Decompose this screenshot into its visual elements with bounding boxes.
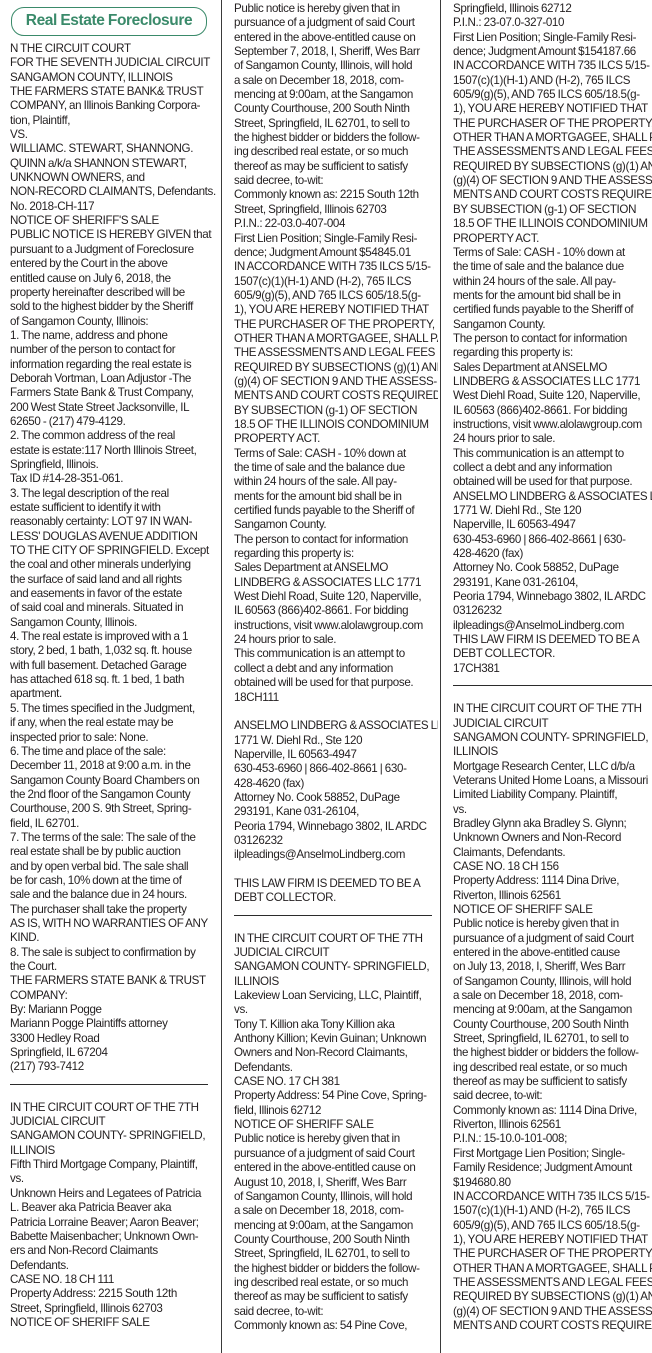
notice-line: dence; Judgment Amount $54845.01 [234,246,432,260]
notice-line: The person to contact for information [453,332,650,346]
notice-line: a sale on December 18, 2018, com- [453,989,650,1003]
notice-line: IN ACCORDANCE WITH 735 ILCS 5/15- [453,1190,650,1204]
notice-line: the highest bidder or bidders the follow… [234,1262,432,1276]
column-3-notices: Springfield, Illinois 62712P.I.N.: 23-07… [453,2,650,1333]
notice-line: Veterans United Home Loans, a Missouri [453,774,650,788]
notice-line: mencing at 9:00am, at the Sangamon [234,88,432,102]
notice-line: NOTICE OF SHERIFF SALE [453,903,650,917]
notice-line: apartment. [10,687,211,701]
notice-line: Limited Liability Company. Plaintiff, [453,788,650,802]
notice-line: Owners and Non-Record Claimants, [234,1046,432,1060]
notice-line: vs. [453,803,650,817]
notice-line: QUINN a/k/a SHANNON STEWART, [10,157,211,171]
notice-line: THE PURCHASER OF THE PROPERTY, [453,117,650,131]
notice-line: Lakeview Loan Servicing, LLC, Plaintiff, [234,989,432,1003]
notice-line: 18.5 OF THE ILLINOIS CONDOMINIUM [453,217,650,231]
notice-line: THE ASSESSMENTS AND LEGAL FEES [453,145,650,159]
notice-line: SANGAMON COUNTY- SPRINGFIELD, [453,731,650,745]
column-2: Public notice is hereby given that inpur… [221,0,438,1353]
notice-line: NOTICE OF SHERIFF SALE [10,1316,211,1330]
notice-line: Sangamon County. [234,518,432,532]
notice-line: DEBT COLLECTOR. [234,891,432,905]
notice-line: 18CH111 [234,691,432,705]
notice-line: P.I.N.: 22-03.0-407-004 [234,217,432,231]
notice-line: This communication is an attempt to [453,447,650,461]
notice-line: ing described real estate, or so much [234,145,432,159]
notice-divider [234,915,432,916]
notice-line: (g)(4) OF SECTION 9 AND THE ASSESS- [234,375,432,389]
notice-line: 03126232 [453,604,650,618]
notice-line: Commonly known as: 54 Pine Cove, [234,1319,432,1333]
notice-line: THE ASSESSMENTS AND LEGAL FEES [234,346,432,360]
notice-line: 200 West State Street Jacksonville, IL [10,401,211,415]
notice-line: obtained will be used for that purpose. [453,475,650,489]
notice-line: CASE NO. 17 CH 381 [234,1075,432,1089]
notice-line: By: Mariann Pogge [10,1003,211,1017]
notice-line: Peoria 1794, Winnebago 3802, IL ARDC [234,820,432,834]
notice-line: 3. The legal description of the real [10,487,211,501]
notice-line: IN ACCORDANCE WITH 735 ILCS 5/15- [234,260,432,274]
notice-line: Springfield, Illinois 62712 [453,2,650,16]
notice-line: ilpleadings@AnselmoLindberg.com [453,619,650,633]
column-1: Real Estate Foreclosure N THE CIRCUIT CO… [0,0,219,1353]
notice-line: 24 hours prior to sale. [453,432,650,446]
notice-line: thereof as may be sufficient to satisfy [234,1290,432,1304]
notice-line: pursuant to a Judgment of Foreclosure [10,243,211,257]
notice-line: REQUIRED BY SUBSECTIONS (g)(1) AND [453,160,650,174]
notice-line: Bradley Glynn aka Bradley S. Glynn; [453,817,650,831]
notice-line: Mortgage Research Center, LLC d/b/a [453,760,650,774]
notice-line: obtained will be used for that purpose. [234,676,432,690]
notice-line: DEBT COLLECTOR. [453,647,650,661]
notice-line: within 24 hours of the sale. All pay- [234,475,432,489]
notice-line: 6. The time and place of the sale: [10,745,211,759]
legal-notices-page: Real Estate Foreclosure N THE CIRCUIT CO… [0,0,652,1353]
notice-line: Tony T. Killion aka Tony Killion aka [234,1018,432,1032]
notice-line: mencing at 9:00am, at the Sangamon [453,1003,650,1017]
notice-line: OTHER THAN A MORTGAGEE, SHALL PAY [234,332,432,346]
notice-line: ments for the amount bid shall be in [234,490,432,504]
notice-line: 7. The terms of the sale: The sale of th… [10,831,211,845]
notice-line: Naperville, IL 60563-4947 [453,518,650,532]
notice-line: entered in the above-entitled cause [453,946,650,960]
notice-line: Unknown Owners and Non-Record [453,831,650,845]
notice-line: the Court. [10,960,211,974]
notice-line: UNKNOWN OWNERS, and [10,171,211,185]
column-3: Springfield, Illinois 62712P.I.N.: 23-07… [440,0,652,1353]
notice-line: number of the person to contact for [10,343,211,357]
notice-line: Sangamon County. [453,318,650,332]
notice-line: said decree, to-wit: [453,1089,650,1103]
notice-divider [453,685,652,686]
notice-line: within 24 hours of the sale. All pay- [453,275,650,289]
notice-line: Property Address: 1114 Dina Drive, [453,874,650,888]
notice-line: certified funds payable to the Sheriff o… [453,303,650,317]
notice-line: N THE CIRCUIT COURT [10,42,211,56]
notice-line: certified funds payable to the Sheriff o… [234,504,432,518]
notice-line: IL 60563 (866)402-8661. For bidding [453,404,650,418]
notice-line: Attorney No. Cook 58852, DuPage [453,561,650,575]
notice-line: field, IL 62701. [10,817,211,831]
notice-line: said decree, to-wit: [234,174,432,188]
notice-line: be for cash, 10% down at the time of [10,874,211,888]
notice-line: 428-4620 (fax) [234,777,432,791]
notice-line: 605/9(g)(5), AND 765 ILCS 605/18.5(g- [453,88,650,102]
notice-line: MENTS AND COURT COSTS REQUIRED [234,389,432,403]
notice-line: Public notice is hereby given that in [234,2,432,16]
notice-line: THIS LAW FIRM IS DEEMED TO BE A [234,877,432,891]
notice-line: ing described real estate, or so much [234,1276,432,1290]
notice-line: No. 2018-CH-117 [10,200,211,214]
notice-line: entered in the above-entitled cause on [234,1161,432,1175]
notice-line: and easements in favor of the estate [10,587,211,601]
notice-line: IN THE CIRCUIT COURT OF THE 7TH [10,1101,211,1115]
notice-line: has attached 618 sq. ft. 1 bed, 1 bath [10,673,211,687]
notice-line: entered by the Court in the above [10,257,211,271]
notice-line: 1507(c)(1)(H-1) AND (H-2), 765 ILCS [453,1204,650,1218]
notice-line: pursuance of a judgment of said Court [453,932,650,946]
notice-line: September 7, 2018, I, Sheriff, Wes Barr [234,45,432,59]
notice-line: Riverton, Illinois 62561 [453,1118,650,1132]
notice-line: Courthouse, 200 S. 9th Street, Spring- [10,802,211,816]
notice-line: Commonly known as: 2215 South 12th [234,188,432,202]
notice-line: pursuance of a judgment of said Court [234,1147,432,1161]
notice-line: sold to the highest bidder by the Sherif… [10,300,211,314]
notice-line: if any, when the real estate may be [10,716,211,730]
notice-line: (217) 793-7412 [10,1060,211,1074]
notice-line: IL 60563 (866)402-8661. For bidding [234,604,432,618]
notice-line: First Lien Position; Single-Family Resi- [453,31,650,45]
notice-line: Terms of Sale: CASH - 10% down at [234,447,432,461]
notice-line: 4. The real estate is improved with a 1 [10,630,211,644]
notice-line: THE PURCHASER OF THE PROPERTY, [453,1247,650,1261]
notice-line: regarding this property is: [453,346,650,360]
notice-line: (g)(4) OF SECTION 9 AND THE ASSESS- [453,174,650,188]
notice-line: 1), YOU ARE HEREBY NOTIFIED THAT [234,303,432,317]
notice-line: entered in the above-entitled cause on [234,31,432,45]
notice-line: COMPANY: [10,989,211,1003]
notice-line: FOR THE SEVENTH JUDICIAL CIRCUIT [10,56,211,70]
notice-line: entitled cause on July 6, 2018, the [10,272,211,286]
notice-line: Deborah Vortman, Loan Adjustor -The [10,372,211,386]
notice-line: Attorney No. Cook 58852, DuPage [234,791,432,805]
notice-line: BY SUBSECTION (g-1) OF SECTION [234,404,432,418]
notice-line: NON-RECORD CLAIMANTS, Defendants. [10,185,211,199]
notice-line: Babette Maisenbacher; Unknown Own- [10,1230,211,1244]
notice-line: First Mortgage Lien Position; Single- [453,1147,650,1161]
notice-line: REQUIRED BY SUBSECTIONS (g)(1) AND [453,1290,650,1304]
notice-line: Property Address: 54 Pine Cove, Spring- [234,1089,432,1103]
notice-line: Farmers State Bank & Trust Company, [10,386,211,400]
notice-line: a sale on December 18, 2018, com- [234,74,432,88]
section-title-badge: Real Estate Foreclosure [11,7,207,36]
notice-line: MENTS AND COURT COSTS REQUIRED [453,1319,650,1333]
notice-line: of said coal and minerals. Situated in [10,601,211,615]
notice-line: thereof as may be sufficient to satisfy [234,160,432,174]
notice-line: Commonly known as: 1114 Dina Drive, [453,1104,650,1118]
notice-line: THIS LAW FIRM IS DEEMED TO BE A [453,633,650,647]
notice-line: ANSELMO LINDBERG & ASSOCIATES LLC [453,490,650,504]
notice-line: Public notice is hereby given that in [234,1132,432,1146]
notice-line: collect a debt and any information [234,662,432,676]
notice-line: vs. [10,1172,211,1186]
notice-line: of Sangamon County, Illinois, will hold [453,975,650,989]
notice-line: 1. The name, address and phone [10,329,211,343]
notice-line: 18.5 OF THE ILLINOIS CONDOMINIUM [234,418,432,432]
notice-line: ILLINOIS [453,745,650,759]
notice-line: Street, Springfield, IL 62701, to sell t… [234,1247,432,1261]
notice-line: mencing at 9:00am, at the Sangamon [234,1219,432,1233]
notice-line: Defendants. [234,1061,432,1075]
notice-line: P.I.N.: 23-07.0-327-010 [453,16,650,30]
notice-line: THE ASSESSMENTS AND LEGAL FEES [453,1276,650,1290]
notice-line: THE FARMERS STATE BANK & TRUST [10,974,211,988]
notice-line: with full basement. Detached Garage [10,659,211,673]
notice-line: thereof as may be sufficient to satisfy [453,1075,650,1089]
notice-line: PUBLIC NOTICE IS HEREBY GIVEN that [10,228,211,242]
notice-line: Springfield, IL 67204 [10,1046,211,1060]
notice-line: 8. The sale is subject to confirmation b… [10,946,211,960]
notice-line: Claimants, Defendants. [453,846,650,860]
notice-line: dence; Judgment Amount $154187.66 [453,45,650,59]
notice-line: PROPERTY ACT. [453,232,650,246]
notice-line: SANGAMON COUNTY- SPRINGFIELD, [10,1129,211,1143]
notice-line: This communication is an attempt to [234,647,432,661]
notice-line: SANGAMON COUNTY, ILLINOIS [10,71,211,85]
notice-line: County Courthouse, 200 South Ninth [453,1018,650,1032]
notice-line: The person to contact for information [234,533,432,547]
notice-line: Street, Springfield, IL 62701, to sell t… [453,1032,650,1046]
notice-line: 17CH381 [453,662,650,676]
notice-line: sale and the balance due in 24 hours. [10,888,211,902]
notice-line: 630-453-6960 | 866-402-8661 | 630- [234,762,432,776]
notice-line: the highest bidder or bidders the follow… [453,1046,650,1060]
notice-line: estate sufficient to identify it with [10,501,211,515]
notice-line: pursuance of a judgment of said Court [234,16,432,30]
notice-line: 1771 W. Diehl Rd., Ste 120 [453,504,650,518]
notice-line: of Sangamon County, Illinois: [10,315,211,329]
notice-line: First Lien Position; Single-Family Resi- [234,232,432,246]
notice-line: 62650 - (217) 479-4129. [10,415,211,429]
notice-line: ILLINOIS [10,1144,211,1158]
notice-line: REQUIRED BY SUBSECTIONS (g)(1) AND [234,361,432,375]
notice-line: Anthony Killion; Kevin Guinan; Unknown [234,1032,432,1046]
notice-line: estate is estate:117 North Illinois Stre… [10,444,211,458]
notice-line: THE FARMERS STATE BANK& TRUST [10,85,211,99]
notice-line: 293191, Kane 031-26104, [234,805,432,819]
notice-line: IN ACCORDANCE WITH 735 ILCS 5/15- [453,59,650,73]
notice-line: 428-4620 (fax) [453,547,650,561]
notice-line: story, 2 bed, 1 bath, 1,032 sq. ft. hous… [10,644,211,658]
notice-line: Family Residence; Judgment Amount [453,1161,650,1175]
notice-line: OTHER THAN A MORTGAGEE, SHALL PAY [453,131,650,145]
notice-line: Peoria 1794, Winnebago 3802, IL ARDC [453,590,650,604]
notice-line: Sangamon County Board Chambers on [10,774,211,788]
notice-line: information regarding the real estate is [10,358,211,372]
column-2-notices: Public notice is hereby given that inpur… [234,2,432,1333]
notice-line: the time of sale and the balance due [453,260,650,274]
column-1-notices: N THE CIRCUIT COURTFOR THE SEVENTH JUDIC… [10,42,211,1330]
notice-line: the time of sale and the balance due [234,461,432,475]
notice-line: Terms of Sale: CASH - 10% down at [453,246,650,260]
notice-line: 605/9(g)(5), AND 765 ILCS 605/18.5(g- [453,1219,650,1233]
notice-line: said decree, to-wit: [234,1305,432,1319]
notice-line: regarding this property is: [234,547,432,561]
notice-line: on July 13, 2018, I, Sheriff, Wes Barr [453,960,650,974]
notice-line: 1507(c)(1)(H-1) AND (H-2), 765 ILCS [453,74,650,88]
notice-line: of Sangamon County, Illinois, will hold [234,59,432,73]
notice-line: County Courthouse, 200 South Ninth [234,1233,432,1247]
notice-line: ments for the amount bid shall be in [453,289,650,303]
notice-line: LINDBERG & ASSOCIATES LLC 1771 [234,576,432,590]
notice-line: 24 hours prior to sale. [234,633,432,647]
notice-line: West Diehl Road, Suite 120, Naperville, [234,590,432,604]
notice-line: of Sangamon County, Illinois, will hold [234,1190,432,1204]
notice-line: 630-453-6960 | 866-402-8661 | 630- [453,533,650,547]
notice-line: inspected prior to sale: None. [10,731,211,745]
notice-line: JUDICIAL CIRCUIT [10,1115,211,1129]
notice-line: NOTICE OF SHERIFF'S SALE [10,214,211,228]
notice-line: Defendants. [10,1259,211,1273]
notice-line: Unknown Heirs and Legatees of Patricia [10,1187,211,1201]
notice-line: NOTICE OF SHERIFF SALE [234,1118,432,1132]
notice-line: WILLIAMC. STEWART, SHANNONG. [10,142,211,156]
notice-line: December 11, 2018 at 9:00 a.m. in the [10,759,211,773]
notice-line: The purchaser shall take the property [10,903,211,917]
notice-line: MENTS AND COURT COSTS REQUIRED [453,188,650,202]
notice-line: THE PURCHASER OF THE PROPERTY, [234,318,432,332]
notice-line: real estate shall be by public auction [10,845,211,859]
notice-line: P.I.N.: 15-10.0-101-008; [453,1132,650,1146]
notice-line: the surface of said land and all rights [10,573,211,587]
notice-line: BY SUBSECTION (g-1) OF SECTION [453,203,650,217]
notice-line: a sale on December 18, 2018, com- [234,1204,432,1218]
notice-line: Tax ID #14-28-351-061. [10,472,211,486]
notice-line: Street, Springfield, Illinois 62703 [10,1302,211,1316]
notice-line: Public notice is hereby given that in [453,917,650,931]
notice-line: 1), YOU ARE HEREBY NOTIFIED THAT [453,102,650,116]
notice-line: 1507(c)(1)(H-1) AND (H-2), 765 ILCS [234,275,432,289]
blank-line [234,863,432,877]
notice-line: the coal and other minerals underlying [10,558,211,572]
notice-line: reasonably certainty: LOT 97 IN WAN- [10,515,211,529]
notice-line: the highest bidder or bidders the follow… [234,131,432,145]
notice-line: 2. The common address of the real [10,429,211,443]
notice-line: ANSELMO LINDBERG & ASSOCIATES LLC [234,719,432,733]
notice-line: 5. The times specified in the Judgment, [10,702,211,716]
notice-line: tion, Plaintiff, [10,114,211,128]
notice-line: IN THE CIRCUIT COURT OF THE 7TH [234,932,432,946]
notice-line: Fifth Third Mortgage Company, Plaintiff, [10,1158,211,1172]
legal-notice: IN THE CIRCUIT COURT OF THE 7THJUDICIAL … [234,932,432,1334]
notice-line: 1771 W. Diehl Rd., Ste 120 [234,734,432,748]
legal-notice: IN THE CIRCUIT COURT OF THE 7THJUDICIAL … [10,1101,211,1331]
notice-line: August 10, 2018, I, Sheriff, Wes Barr [234,1176,432,1190]
notice-line: collect a debt and any information [453,461,650,475]
notice-line: AS IS, WITH NO WARRANTIES OF ANY [10,917,211,931]
notice-line: ing described real estate, or so much [453,1061,650,1075]
notice-line: West Diehl Road, Suite 120, Naperville, [453,389,650,403]
notice-line: 293191, Kane 031-26104, [453,576,650,590]
notice-line: (g)(4) OF SECTION 9 AND THE ASSESS- [453,1305,650,1319]
notice-line: ilpleadings@AnselmoLindberg.com [234,848,432,862]
notice-line: vs. [234,1003,432,1017]
notice-line: L. Beaver aka Patricia Beaver aka [10,1201,211,1215]
notice-line: Street, Springfield, IL 62701, to sell t… [234,117,432,131]
notice-line: LESS' DOUGLAS AVENUE ADDITION [10,530,211,544]
notice-line: 3300 Hedley Road [10,1032,211,1046]
notice-line: CASE NO. 18 CH 111 [10,1273,211,1287]
notice-line: PROPERTY ACT. [234,432,432,446]
legal-notice: IN THE CIRCUIT COURT OF THE 7THJUDICIAL … [453,702,650,1333]
notice-line: Street, Springfield, Illinois 62703 [234,203,432,217]
notice-line: CASE NO. 18 CH 156 [453,860,650,874]
notice-line: 605/9(g)(5), AND 765 ILCS 605/18.5(g- [234,289,432,303]
notice-line: Naperville, IL 60563-4947 [234,748,432,762]
notice-line: LINDBERG & ASSOCIATES LLC 1771 [453,375,650,389]
notice-line: and by open verbal bid. The sale shall [10,860,211,874]
legal-notice: Springfield, Illinois 62712P.I.N.: 23-07… [453,2,650,676]
notice-line: VS. [10,128,211,142]
notice-line: 1), YOU ARE HEREBY NOTIFIED THAT [453,1233,650,1247]
notice-line: ILLINOIS [234,975,432,989]
notice-line: SANGAMON COUNTY- SPRINGFIELD, [234,960,432,974]
notice-line: TO THE CITY OF SPRINGFIELD. Except [10,544,211,558]
notice-line: County Courthouse, 200 South Ninth [234,102,432,116]
notice-line: Mariann Pogge Plaintiffs attorney [10,1017,211,1031]
notice-line: Riverton, Illinois 62561 [453,889,650,903]
notice-line: IN THE CIRCUIT COURT OF THE 7TH [453,702,650,716]
section-title: Real Estate Foreclosure [26,14,192,28]
notice-line: instructions, visit www.alolawgroup.com [453,418,650,432]
notice-line: Patricia Lorraine Beaver; Aaron Beaver; [10,1216,211,1230]
notice-line: Sales Department at ANSELMO [234,561,432,575]
notice-line: Springfield, Illinois. [10,458,211,472]
notice-divider [10,1084,208,1085]
notice-line: Property Address: 2215 South 12th [10,1287,211,1301]
notice-line: JUDICIAL CIRCUIT [453,717,650,731]
notice-line: JUDICIAL CIRCUIT [234,946,432,960]
notice-line: property hereinafter described will be [10,286,211,300]
notice-line: 03126232 [234,834,432,848]
notice-line: field, Illinois 62712 [234,1104,432,1118]
legal-notice: Public notice is hereby given that inpur… [234,2,432,906]
notice-line: $194680.80 [453,1176,650,1190]
notice-line: the 2nd floor of the Sangamon County [10,788,211,802]
notice-line: OTHER THAN A MORTGAGEE, SHALL PAY [453,1262,650,1276]
notice-line: instructions, visit www.alolawgroup.com [234,619,432,633]
notice-line: ers and Non-Record Claimants [10,1244,211,1258]
legal-notice: N THE CIRCUIT COURTFOR THE SEVENTH JUDIC… [10,42,211,1075]
notice-line: Sales Department at ANSELMO [453,361,650,375]
notice-line: Sangamon County, Illinois. [10,616,211,630]
blank-line [234,705,432,719]
notice-line: COMPANY, an Illinois Banking Corpora- [10,99,211,113]
notice-line: KIND. [10,931,211,945]
